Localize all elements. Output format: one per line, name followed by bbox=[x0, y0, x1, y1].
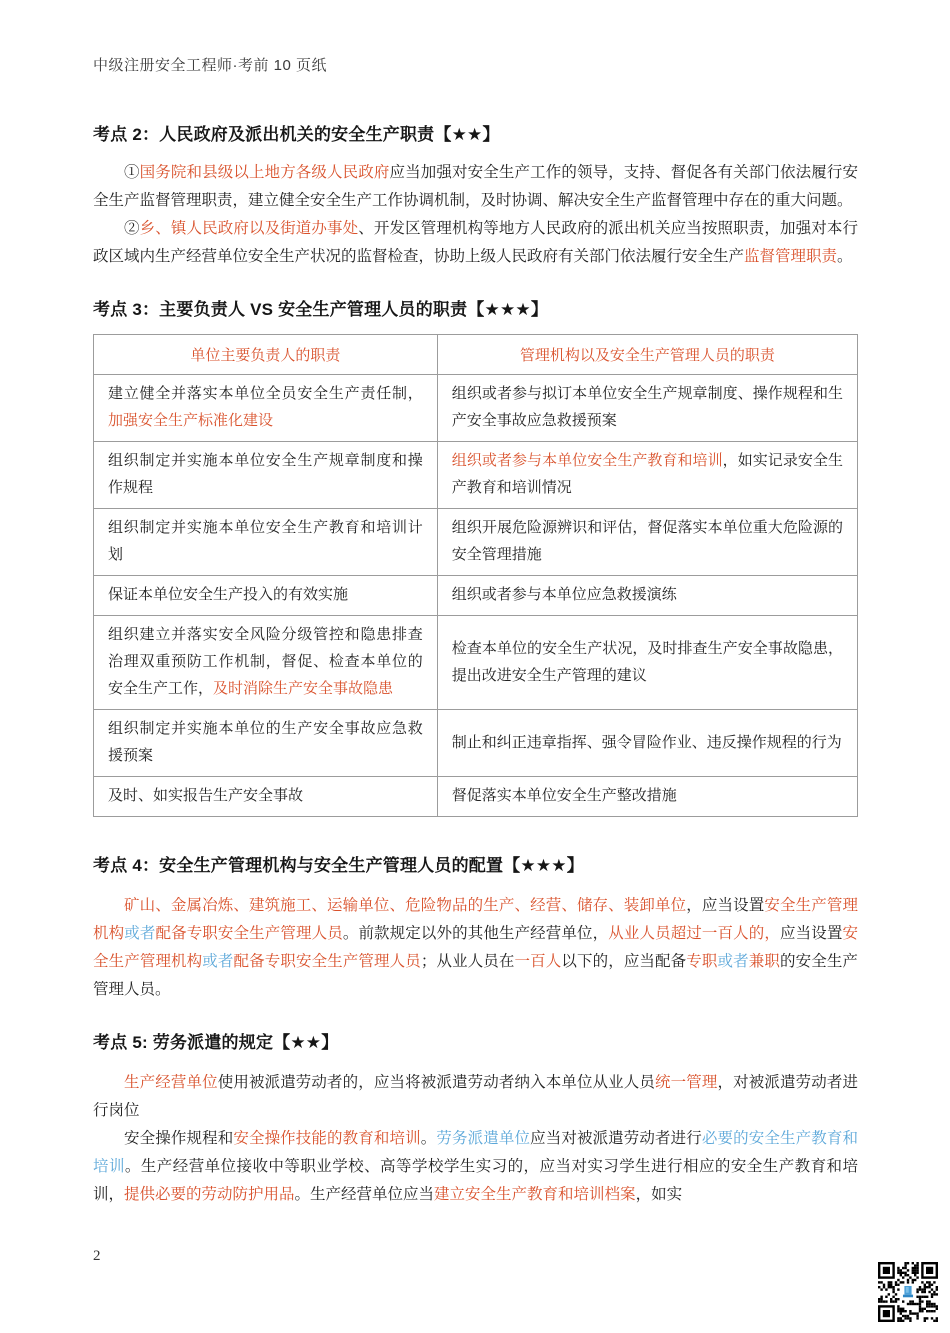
plain-text: 应当对被派遣劳动者进行 bbox=[530, 1130, 702, 1147]
table-row: 建立健全并落实本单位全员安全生产责任制，加强安全生产标准化建设组织或者参与拟订本… bbox=[94, 375, 858, 442]
plain-text: 。生产经营单位应当 bbox=[295, 1186, 435, 1203]
plain-text: 建立健全并落实本单位全员安全生产责任制， bbox=[108, 386, 423, 402]
highlight-red-text: 一百人 bbox=[515, 953, 562, 970]
paragraph: 安全操作规程和安全操作技能的教育和培训。劳务派遣单位应当对被派遣劳动者进行必要的… bbox=[93, 1125, 858, 1209]
table-header-right: 管理机构以及安全生产管理人员的职责 bbox=[437, 335, 857, 375]
plain-text: 制止和纠正违章指挥、强令冒险作业、违反操作规程的行为 bbox=[452, 735, 842, 751]
table-cell: 组织开展危险源辨识和评估，督促落实本单位重大危险源的安全管理措施 bbox=[437, 509, 857, 576]
table-header-row: 单位主要负责人的职责 管理机构以及安全生产管理人员的职责 bbox=[94, 335, 858, 375]
plain-text: 组织制定并实施本单位安全生产规章制度和操作规程 bbox=[108, 453, 423, 496]
table-row: 组织建立并落实安全风险分级管控和隐患排查治理双重预防工作机制，督促、检查本单位的… bbox=[94, 616, 858, 710]
highlight-red-text: 专职 bbox=[686, 953, 717, 970]
table-cell: 督促落实本单位安全生产整改措施 bbox=[437, 777, 857, 817]
table-cell: 建立健全并落实本单位全员安全生产责任制，加强安全生产标准化建设 bbox=[94, 375, 438, 442]
table-cell: 组织制定并实施本单位安全生产规章制度和操作规程 bbox=[94, 442, 438, 509]
plain-text: 及时、如实报告生产安全事故 bbox=[108, 788, 303, 804]
table-cell: 组织或者参与本单位安全生产教育和培训，如实记录安全生产教育和培训情况 bbox=[437, 442, 857, 509]
highlight-red-text: 国务院和县级以上地方各级人民政府 bbox=[140, 164, 390, 181]
plain-text: ，应当设置 bbox=[686, 897, 764, 914]
plain-text: 以下的，应当配备 bbox=[561, 953, 686, 970]
section-title-kaodian3: 考点 3：主要负责人 VS 安全生产管理人员的职责【★★★】 bbox=[93, 295, 858, 320]
plain-text: ① bbox=[124, 164, 140, 181]
plain-text: 保证本单位安全生产投入的有效实施 bbox=[108, 587, 348, 603]
plain-text: 组织制定并实施本单位的生产安全事故应急救援预案 bbox=[108, 721, 423, 764]
table-row: 组织制定并实施本单位安全生产教育和培训计划组织开展危险源辨识和评估，督促落实本单… bbox=[94, 509, 858, 576]
paragraph: 矿山、金属冶炼、建筑施工、运输单位、危险物品的生产、经营、储存、装卸单位，应当设… bbox=[93, 892, 858, 1004]
duty-comparison-table: 单位主要负责人的职责 管理机构以及安全生产管理人员的职责 建立健全并落实本单位全… bbox=[93, 334, 858, 817]
plain-text: ；从业人员在 bbox=[421, 953, 515, 970]
table-cell: 检查本单位的安全生产状况，及时排查生产安全事故隐患，提出改进安全生产管理的建议 bbox=[437, 616, 857, 710]
table-cell: 保证本单位安全生产投入的有效实施 bbox=[94, 576, 438, 616]
table-row: 组织制定并实施本单位安全生产规章制度和操作规程组织或者参与本单位安全生产教育和培… bbox=[94, 442, 858, 509]
section-kaodian5: 考点 5: 劳务派遣的规定【★★】 生产经营单位使用被派遣劳动者的，应当将被派遣… bbox=[93, 1028, 858, 1209]
section-kaodian3: 考点 3：主要负责人 VS 安全生产管理人员的职责【★★★】 单位主要负责人的职… bbox=[93, 295, 858, 817]
highlight-red-text: 统一管理 bbox=[655, 1074, 717, 1091]
highlight-blue-text: 劳务派遣单位 bbox=[436, 1130, 530, 1147]
highlight-red-text: 兼职 bbox=[749, 953, 780, 970]
plain-text: 使用被派遣劳动者的，应当将被派遣劳动者纳入本单位从业人员 bbox=[218, 1074, 655, 1091]
paragraph: ①国务院和县级以上地方各级人民政府应当加强对安全生产工作的领导，支持、督促各有关… bbox=[93, 159, 858, 215]
plain-text: 应当设置 bbox=[780, 925, 842, 942]
plain-text: 督促落实本单位安全生产整改措施 bbox=[452, 788, 677, 804]
document-header-title: 中级注册安全工程师·考前 10 页纸 bbox=[93, 54, 327, 75]
plain-text: 。前款规定以外的其他生产经营单位， bbox=[343, 925, 608, 942]
highlight-red-text: 及时消除生产安全事故隐患 bbox=[213, 681, 393, 697]
table-header-left: 单位主要负责人的职责 bbox=[94, 335, 438, 375]
table-cell: 组织制定并实施本单位的生产安全事故应急救援预案 bbox=[94, 710, 438, 777]
highlight-blue-text: 或者 bbox=[124, 925, 155, 942]
section-title-kaodian2: 考点 2：人民政府及派出机关的安全生产职责【★★】 bbox=[93, 120, 858, 145]
paragraph: ②乡、镇人民政府以及街道办事处、开发区管理机构等地方人民政府的派出机关应当按照职… bbox=[93, 215, 858, 271]
plain-text: 安全操作规程和 bbox=[124, 1130, 233, 1147]
section-title-kaodian5: 考点 5: 劳务派遣的规定【★★】 bbox=[93, 1028, 858, 1053]
highlight-red-text: 监督管理职责 bbox=[744, 248, 837, 265]
section-kaodian4: 考点 4：安全生产管理机构与安全生产管理人员的配置【★★★】 矿山、金属冶炼、建… bbox=[93, 851, 858, 1004]
page-number: 2 bbox=[93, 1248, 101, 1265]
plain-text: ② bbox=[124, 220, 140, 237]
plain-text: 。 bbox=[421, 1130, 437, 1147]
section-title-kaodian4: 考点 4：安全生产管理机构与安全生产管理人员的配置【★★★】 bbox=[93, 851, 858, 876]
highlight-red-text: 加强安全生产标准化建设 bbox=[108, 413, 273, 429]
plain-text: 组织制定并实施本单位安全生产教育和培训计划 bbox=[108, 520, 423, 563]
highlight-red-text: 矿山、金属冶炼、建筑施工、运输单位、危险物品的生产、经营、储存、装卸单位 bbox=[124, 897, 686, 914]
highlight-red-text: 提供必要的劳动防护用品 bbox=[124, 1186, 295, 1203]
highlight-blue-text: 或者 bbox=[718, 953, 749, 970]
table-cell: 制止和纠正违章指挥、强令冒险作业、违反操作规程的行为 bbox=[437, 710, 857, 777]
highlight-red-text: 配备专职安全生产管理人员 bbox=[234, 953, 421, 970]
plain-text: 组织开展危险源辨识和评估，督促落实本单位重大危险源的安全管理措施 bbox=[452, 520, 843, 563]
highlight-red-text: 配备专职安全生产管理人员 bbox=[155, 925, 342, 942]
table-row: 组织制定并实施本单位的生产安全事故应急救援预案制止和纠正违章指挥、强令冒险作业、… bbox=[94, 710, 858, 777]
table-cell: 组织建立并落实安全风险分级管控和隐患排查治理双重预防工作机制，督促、检查本单位的… bbox=[94, 616, 438, 710]
qr-code bbox=[878, 1262, 938, 1322]
table-row: 及时、如实报告生产安全事故督促落实本单位安全生产整改措施 bbox=[94, 777, 858, 817]
highlight-red-text: 安全操作技能的教育和培训 bbox=[233, 1130, 420, 1147]
document-body: 考点 2：人民政府及派出机关的安全生产职责【★★】 ①国务院和县级以上地方各级人… bbox=[93, 120, 858, 1209]
table-row: 保证本单位安全生产投入的有效实施组织或者参与本单位应急救援演练 bbox=[94, 576, 858, 616]
table-cell: 组织或者参与本单位应急救援演练 bbox=[437, 576, 857, 616]
highlight-blue-text: 或者 bbox=[202, 953, 233, 970]
plain-text: ，如实 bbox=[636, 1186, 683, 1203]
paragraph: 生产经营单位使用被派遣劳动者的，应当将被派遣劳动者纳入本单位从业人员统一管理，对… bbox=[93, 1069, 858, 1125]
highlight-red-text: 乡、镇人民政府以及街道办事处 bbox=[140, 220, 359, 237]
table-cell: 及时、如实报告生产安全事故 bbox=[94, 777, 438, 817]
highlight-red-text: 从业人员超过一百人的， bbox=[608, 925, 780, 942]
highlight-red-text: 组织或者参与本单位安全生产教育和培训 bbox=[452, 453, 723, 469]
table-body: 建立健全并落实本单位全员安全生产责任制，加强安全生产标准化建设组织或者参与拟订本… bbox=[94, 375, 858, 817]
highlight-red-text: 生产经营单位 bbox=[124, 1074, 218, 1091]
highlight-red-text: 建立安全生产教育和培训档案 bbox=[434, 1186, 636, 1203]
plain-text: 组织或者参与拟订本单位安全生产规章制度、操作规程和生产安全事故应急救援预案 bbox=[452, 386, 843, 429]
plain-text: 。 bbox=[837, 248, 853, 265]
table-cell: 组织或者参与拟订本单位安全生产规章制度、操作规程和生产安全事故应急救援预案 bbox=[437, 375, 857, 442]
table-cell: 组织制定并实施本单位安全生产教育和培训计划 bbox=[94, 509, 438, 576]
plain-text: 组织或者参与本单位应急救援演练 bbox=[452, 587, 677, 603]
section-kaodian2: 考点 2：人民政府及派出机关的安全生产职责【★★】 ①国务院和县级以上地方各级人… bbox=[93, 120, 858, 271]
plain-text: 检查本单位的安全生产状况，及时排查生产安全事故隐患，提出改进安全生产管理的建议 bbox=[452, 641, 843, 684]
